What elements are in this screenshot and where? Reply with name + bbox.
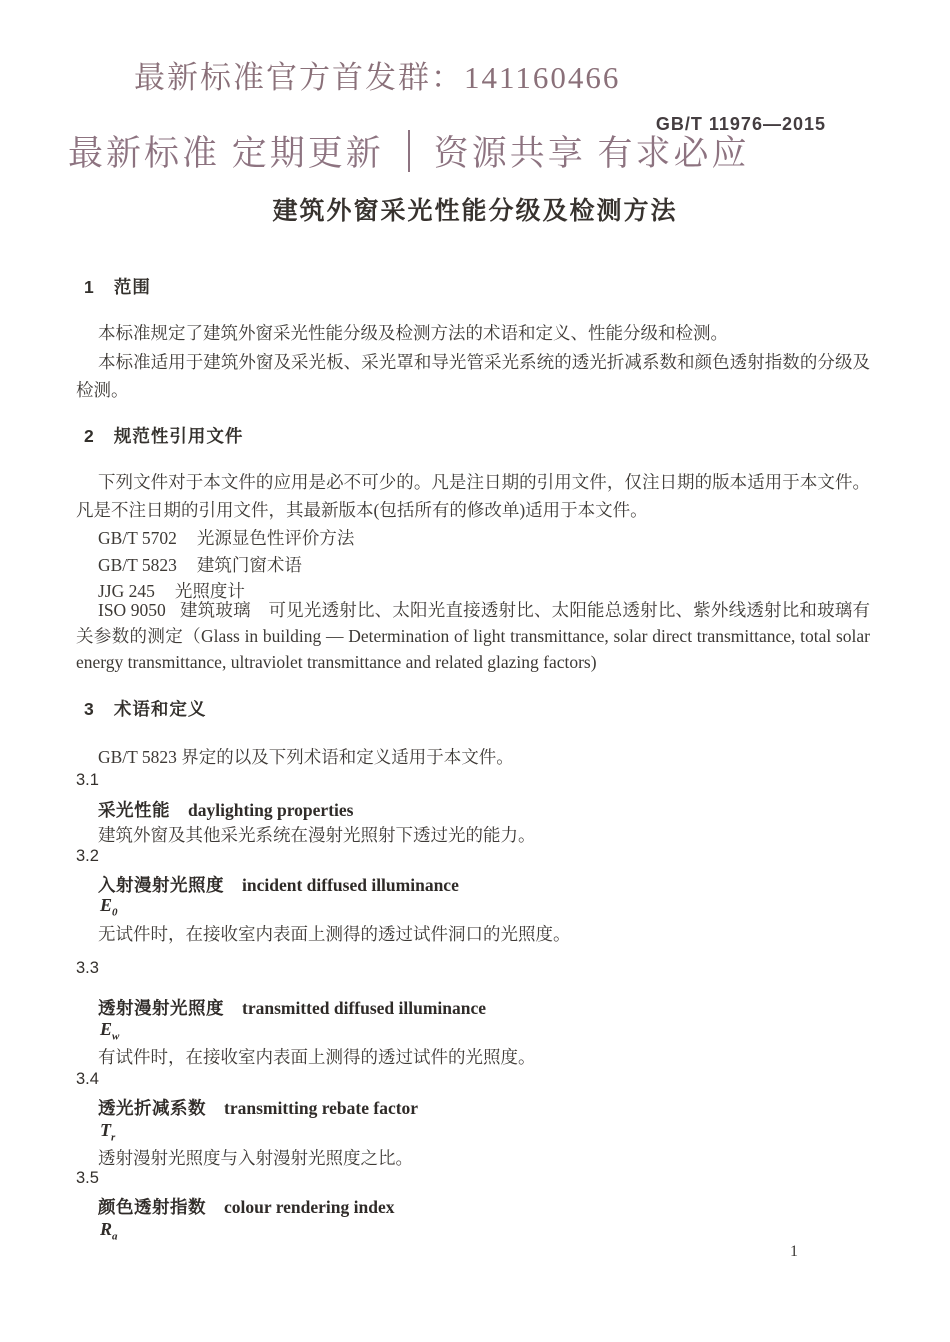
page-number: 1 <box>790 1243 798 1261</box>
term-symbol: Ew <box>100 1019 119 1040</box>
scope-paragraph-2: 本标准适用于建筑外窗及采光板、采光罩和导光管采光系统的透光折减系数和颜色透射指数… <box>76 348 870 404</box>
watermark-band-right: 资源共享 有求必应 <box>434 126 750 176</box>
term-definition: 无试件时，在接收室内表面上测得的透过试件洞口的光照度。 <box>98 921 571 946</box>
term-heading: 透射漫射光照度transmitted diffused illuminance <box>98 995 486 1020</box>
reference-code: ISO 9050 <box>98 600 166 620</box>
term-symbol: Ra <box>100 1219 118 1240</box>
term-en: colour rendering index <box>224 1197 394 1217</box>
symbol-subscript: r <box>111 1132 115 1144</box>
section-2-title: 规范性引用文件 <box>114 426 244 446</box>
watermark-band: 最新标准 定期更新 资源共享 有求必应 <box>68 126 750 176</box>
term-number: 3.1 <box>76 771 99 790</box>
reference-item: GB/T 5823建筑门窗术语 <box>98 552 302 577</box>
reference-title: 光源显色性评价方法 <box>197 528 355 548</box>
document-title: 建筑外窗采光性能分级及检测方法 <box>0 191 950 227</box>
term-en: transmitting rebate factor <box>224 1098 418 1118</box>
section-3-title: 术语和定义 <box>114 699 207 719</box>
reference-code: GB/T 5823 <box>98 555 177 575</box>
term-heading: 透光折减系数transmitting rebate factor <box>98 1095 418 1120</box>
reference-item: ISO 9050建筑玻璃 可见光透射比、太阳光直接透射比、太阳能总透射比、紫外线… <box>76 597 870 675</box>
normative-refs-paragraph: 下列文件对于本文件的应用是必不可少的。凡是注日期的引用文件，仅注日期的版本适用于… <box>76 468 870 524</box>
term-heading: 颜色透射指数colour rendering index <box>98 1194 394 1219</box>
section-1-title: 范围 <box>114 277 151 297</box>
term-en: incident diffused illuminance <box>242 875 459 895</box>
watermark-divider <box>408 130 410 172</box>
scanned-standard-page: 最新标准官方首发群：141160466 GB/T 11976—2015 最新标准… <box>0 0 950 1342</box>
term-definition: 建筑外窗及其他采光系统在漫射光照射下透过光的能力。 <box>98 822 536 847</box>
term-definition: 有试件时，在接收室内表面上测得的透过试件的光照度。 <box>98 1044 536 1069</box>
section-2-number: 2 <box>84 426 108 447</box>
symbol-letter: R <box>100 1219 112 1239</box>
section-1-heading: 1 范围 <box>84 274 151 299</box>
term-heading: 采光性能daylighting properties <box>98 797 353 822</box>
watermark-top: 最新标准官方首发群：141160466 <box>134 52 620 97</box>
symbol-letter: E <box>100 1019 112 1039</box>
term-number: 3.2 <box>76 847 99 866</box>
term-en: daylighting properties <box>188 800 353 820</box>
symbol-letter: E <box>100 895 112 915</box>
term-definition: 透射漫射光照度与入射漫射光照度之比。 <box>98 1145 413 1170</box>
term-zh: 入射漫射光照度 <box>98 875 224 895</box>
term-number: 3.3 <box>76 959 99 978</box>
symbol-letter: T <box>100 1120 111 1140</box>
reference-title: 建筑门窗术语 <box>197 555 302 575</box>
term-zh: 颜色透射指数 <box>98 1197 206 1217</box>
term-zh: 采光性能 <box>98 800 170 820</box>
reference-item: GB/T 5702光源显色性评价方法 <box>98 525 354 550</box>
section-3-heading: 3 术语和定义 <box>84 696 206 721</box>
symbol-subscript: w <box>112 1031 119 1043</box>
term-zh: 透光折减系数 <box>98 1098 206 1118</box>
symbol-subscript: a <box>112 1231 118 1243</box>
watermark-band-left: 最新标准 定期更新 <box>68 126 384 176</box>
scope-paragraph-1: 本标准规定了建筑外窗采光性能分级及检测方法的术语和定义、性能分级和检测。 <box>76 319 870 347</box>
terms-intro: GB/T 5823 界定的以及下列术语和定义适用于本文件。 <box>98 744 514 769</box>
term-symbol: Tr <box>100 1120 115 1141</box>
section-1-number: 1 <box>84 277 108 298</box>
reference-code: GB/T 5702 <box>98 528 177 548</box>
reference-title: 建筑玻璃 可见光透射比、太阳光直接透射比、太阳能总透射比、紫外线透射比和玻璃有关… <box>76 600 870 672</box>
section-2-heading: 2 规范性引用文件 <box>84 423 243 448</box>
term-zh: 透射漫射光照度 <box>98 998 224 1018</box>
section-3-number: 3 <box>84 699 108 720</box>
term-heading: 入射漫射光照度incident diffused illuminance <box>98 872 459 897</box>
term-number: 3.4 <box>76 1070 99 1089</box>
term-en: transmitted diffused illuminance <box>242 998 486 1018</box>
term-number: 3.5 <box>76 1169 99 1188</box>
symbol-subscript: 0 <box>112 907 118 919</box>
term-symbol: E0 <box>100 895 118 916</box>
